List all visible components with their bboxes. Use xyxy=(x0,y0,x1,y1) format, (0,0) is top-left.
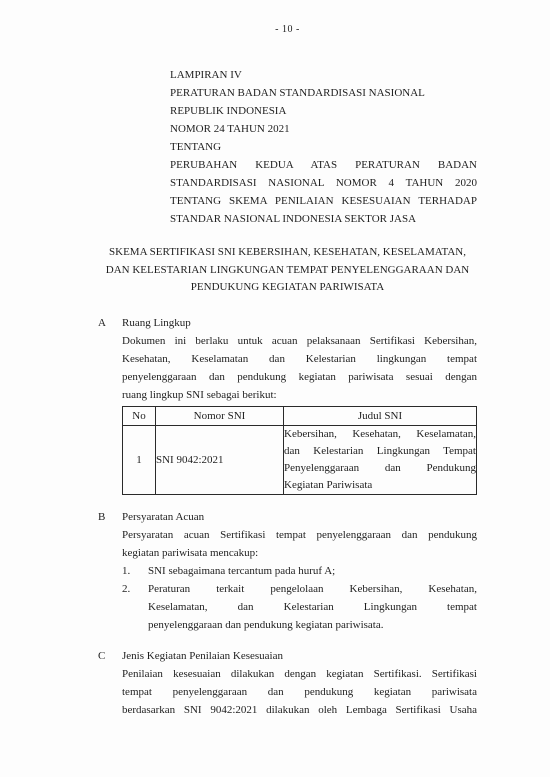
paragraph-line: ruang lingkup SNI sebagai berikut: xyxy=(122,386,477,404)
sni-scope-table: No Nomor SNI Judul SNI 1 SNI 9042:2021 K… xyxy=(122,406,477,495)
section-b-letter: B xyxy=(98,508,122,634)
table-header-row: No Nomor SNI Judul SNI xyxy=(123,406,477,425)
title-line: DAN KELESTARIAN LINGKUNGAN TEMPAT PENYEL… xyxy=(98,262,477,280)
table-cell-nomor-sni: SNI 9042:2021 xyxy=(156,425,284,494)
document-title: SKEMA SERTIFIKASI SNI KEBERSIHAN, KESEHA… xyxy=(98,244,477,297)
table-cell-judul-sni: Kebersihan, Kesehatan, Keselamatan, dan … xyxy=(284,425,477,494)
paragraph-line: penyelenggaraan dan pendukung kegiatan p… xyxy=(122,368,477,386)
table-header-nomor-sni: Nomor SNI xyxy=(156,406,284,425)
list-number: 1. xyxy=(122,562,148,580)
list-line: Peraturan terkait pengelolaan Kebersihan… xyxy=(148,580,477,598)
header-line: LAMPIRAN IV xyxy=(170,66,477,84)
list-item-body: Peraturan terkait pengelolaan Kebersihan… xyxy=(148,580,477,634)
header-line: PERUBAHAN KEDUA ATAS PERATURAN BADAN xyxy=(170,156,477,174)
section-a-letter: A xyxy=(98,314,122,495)
section-a-body: Ruang Lingkup Dokumen ini berlaku untuk … xyxy=(122,314,477,495)
section-a-heading: Ruang Lingkup xyxy=(122,314,477,332)
section-c-heading: Jenis Kegiatan Penilaian Kesesuaian xyxy=(122,647,477,665)
paragraph-line: Kesehatan, Keselamatan dan Kelestarian l… xyxy=(122,350,477,368)
paragraph-line: kegiatan pariwisata mencakup: xyxy=(122,544,477,562)
list-item-body: SNI sebagaimana tercantum pada huruf A; xyxy=(148,562,477,580)
list-line: SNI sebagaimana tercantum pada huruf A; xyxy=(148,562,477,580)
judul-line: Penyelenggaraan dan Pendukung xyxy=(284,460,476,477)
section-c-body: Jenis Kegiatan Penilaian Kesesuaian Peni… xyxy=(122,647,477,719)
paragraph-line: Dokumen ini berlaku untuk acuan pelaksan… xyxy=(122,332,477,350)
page-content: LAMPIRAN IV PERATURAN BADAN STANDARDISAS… xyxy=(98,66,477,719)
header-line: REPUBLIK INDONESIA xyxy=(170,102,477,120)
section-b: B Persyaratan Acuan Persyaratan acuan Se… xyxy=(98,508,477,634)
section-b-heading: Persyaratan Acuan xyxy=(122,508,477,526)
table-header-no: No xyxy=(123,406,156,425)
list-item-2: 2. Peraturan terkait pengelolaan Kebersi… xyxy=(122,580,477,634)
section-c-letter: C xyxy=(98,647,122,719)
header-line: TENTANG SKEMA PENILAIAN KESESUAIAN TERHA… xyxy=(170,192,477,210)
list-line: penyelenggaraan dan pendukung kegiatan p… xyxy=(148,616,477,634)
paragraph-line: tempat penyelenggaraan dan pendukung keg… xyxy=(122,683,477,701)
table-cell-no: 1 xyxy=(123,425,156,494)
header-line: PERATURAN BADAN STANDARDISASI NASIONAL xyxy=(170,84,477,102)
header-line: NOMOR 24 TAHUN 2021 xyxy=(170,120,477,138)
header-line: TENTANG xyxy=(170,138,477,156)
section-b-body: Persyaratan Acuan Persyaratan acuan Sert… xyxy=(122,508,477,634)
lampiran-header: LAMPIRAN IV PERATURAN BADAN STANDARDISAS… xyxy=(170,66,477,228)
section-a: A Ruang Lingkup Dokumen ini berlaku untu… xyxy=(98,314,477,495)
header-line: STANDARDISASI NASIONAL NOMOR 4 TAHUN 202… xyxy=(170,174,477,192)
document-page: - 10 - LAMPIRAN IV PERATURAN BADAN STAND… xyxy=(0,0,550,777)
title-line: PENDUKUNG KEGIATAN PARIWISATA xyxy=(98,279,477,297)
paragraph-line: Persyaratan acuan Sertifikasi tempat pen… xyxy=(122,526,477,544)
judul-line: Kebersihan, Kesehatan, Keselamatan, xyxy=(284,426,476,443)
table-header-judul-sni: Judul SNI xyxy=(284,406,477,425)
title-line: SKEMA SERTIFIKASI SNI KEBERSIHAN, KESEHA… xyxy=(98,244,477,262)
header-line: STANDAR NASIONAL INDONESIA SEKTOR JASA xyxy=(170,210,477,228)
paragraph-line: Penilaian kesesuaian dilakukan dengan ke… xyxy=(122,665,477,683)
page-number: - 10 - xyxy=(98,24,477,35)
paragraph-line: berdasarkan SNI 9042:2021 dilakukan oleh… xyxy=(122,701,477,719)
judul-line: dan Kelestarian Lingkungan Tempat xyxy=(284,443,476,460)
list-line: Keselamatan, dan Kelestarian Lingkungan … xyxy=(148,598,477,616)
table-row: 1 SNI 9042:2021 Kebersihan, Kesehatan, K… xyxy=(123,425,477,494)
section-c: C Jenis Kegiatan Penilaian Kesesuaian Pe… xyxy=(98,647,477,719)
judul-line: Kegiatan Pariwisata xyxy=(284,477,476,494)
list-number: 2. xyxy=(122,580,148,634)
list-item-1: 1. SNI sebagaimana tercantum pada huruf … xyxy=(122,562,477,580)
